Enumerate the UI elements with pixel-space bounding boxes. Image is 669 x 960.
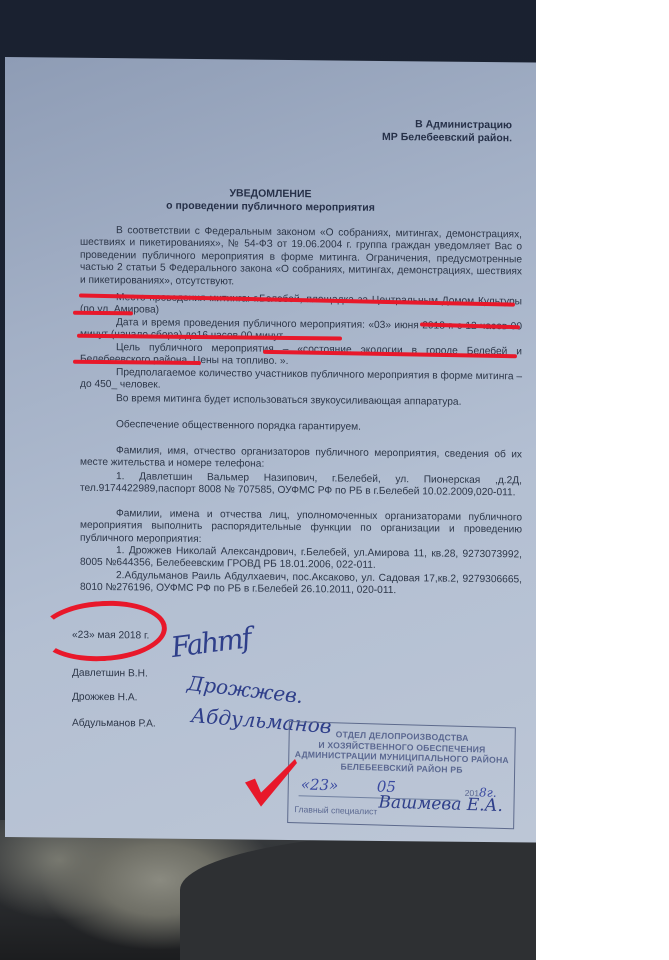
stamp-month: 05	[377, 781, 396, 792]
signer-name-2: Дрожжев Н.А.	[72, 692, 137, 705]
document-sheet: В Администрацию МР Белебеевский район. У…	[5, 57, 536, 843]
red-checkmark-icon	[241, 754, 301, 815]
paragraph-organizers-heading: Фамилия, имя, отчество организаторов пуб…	[80, 445, 522, 474]
photo-background: В Администрацию МР Белебеевский район. У…	[0, 0, 536, 960]
addressee-line-2: МР Белебеевский район.	[382, 131, 512, 145]
addressee-block: В Администрацию МР Белебеевский район.	[382, 118, 512, 145]
stamp-date: «23» 05 2018г.	[299, 779, 509, 785]
paragraph-order: Обеспечение общественного порядка гарант…	[80, 419, 522, 436]
stamp-signature: Вашмева Е.А.	[378, 798, 503, 812]
highlight-underline-place-2	[73, 311, 133, 316]
date-circle-annotation	[37, 597, 169, 664]
paragraph-authorized-2: 2.Абдульманов Раиль Абдулхаевич, пос.Акс…	[80, 570, 522, 599]
signature-1: Fahmf	[171, 632, 251, 655]
stamp-day: «23»	[301, 779, 339, 791]
paragraph-count: Предполагаемое количество участников пуб…	[80, 367, 522, 396]
registration-stamp: ОТДЕЛ ДЕЛОПРОИЗВОДСТВА И ХОЗЯЙСТВЕННОГО …	[287, 721, 516, 829]
signer-name-3: Абдульманов Р.А.	[72, 718, 156, 731]
stamp-role: Главный специалист	[294, 804, 377, 817]
signer-name-1: Давлетшин В.Н.	[72, 668, 148, 681]
document-title: УВЕДОМЛЕНИЕ о проведении публичного меро…	[5, 185, 536, 217]
addressee-line-1: В Администрацию	[382, 118, 512, 132]
paragraph-intro: В соответствии с Федеральным законом «О …	[80, 225, 522, 292]
paragraph-organizer-1: 1. Давлетшин Вальмер Назипович, г.Белебе…	[80, 471, 522, 500]
signature-2: Дрожжев.	[187, 677, 304, 703]
stamp-text: ОТДЕЛ ДЕЛОПРОИЗВОДСТВА И ХОЗЯЙСТВЕННОГО …	[289, 728, 515, 776]
paragraph-authorized-heading: Фамилии, имена и отчества лиц, уполномоч…	[80, 508, 522, 550]
